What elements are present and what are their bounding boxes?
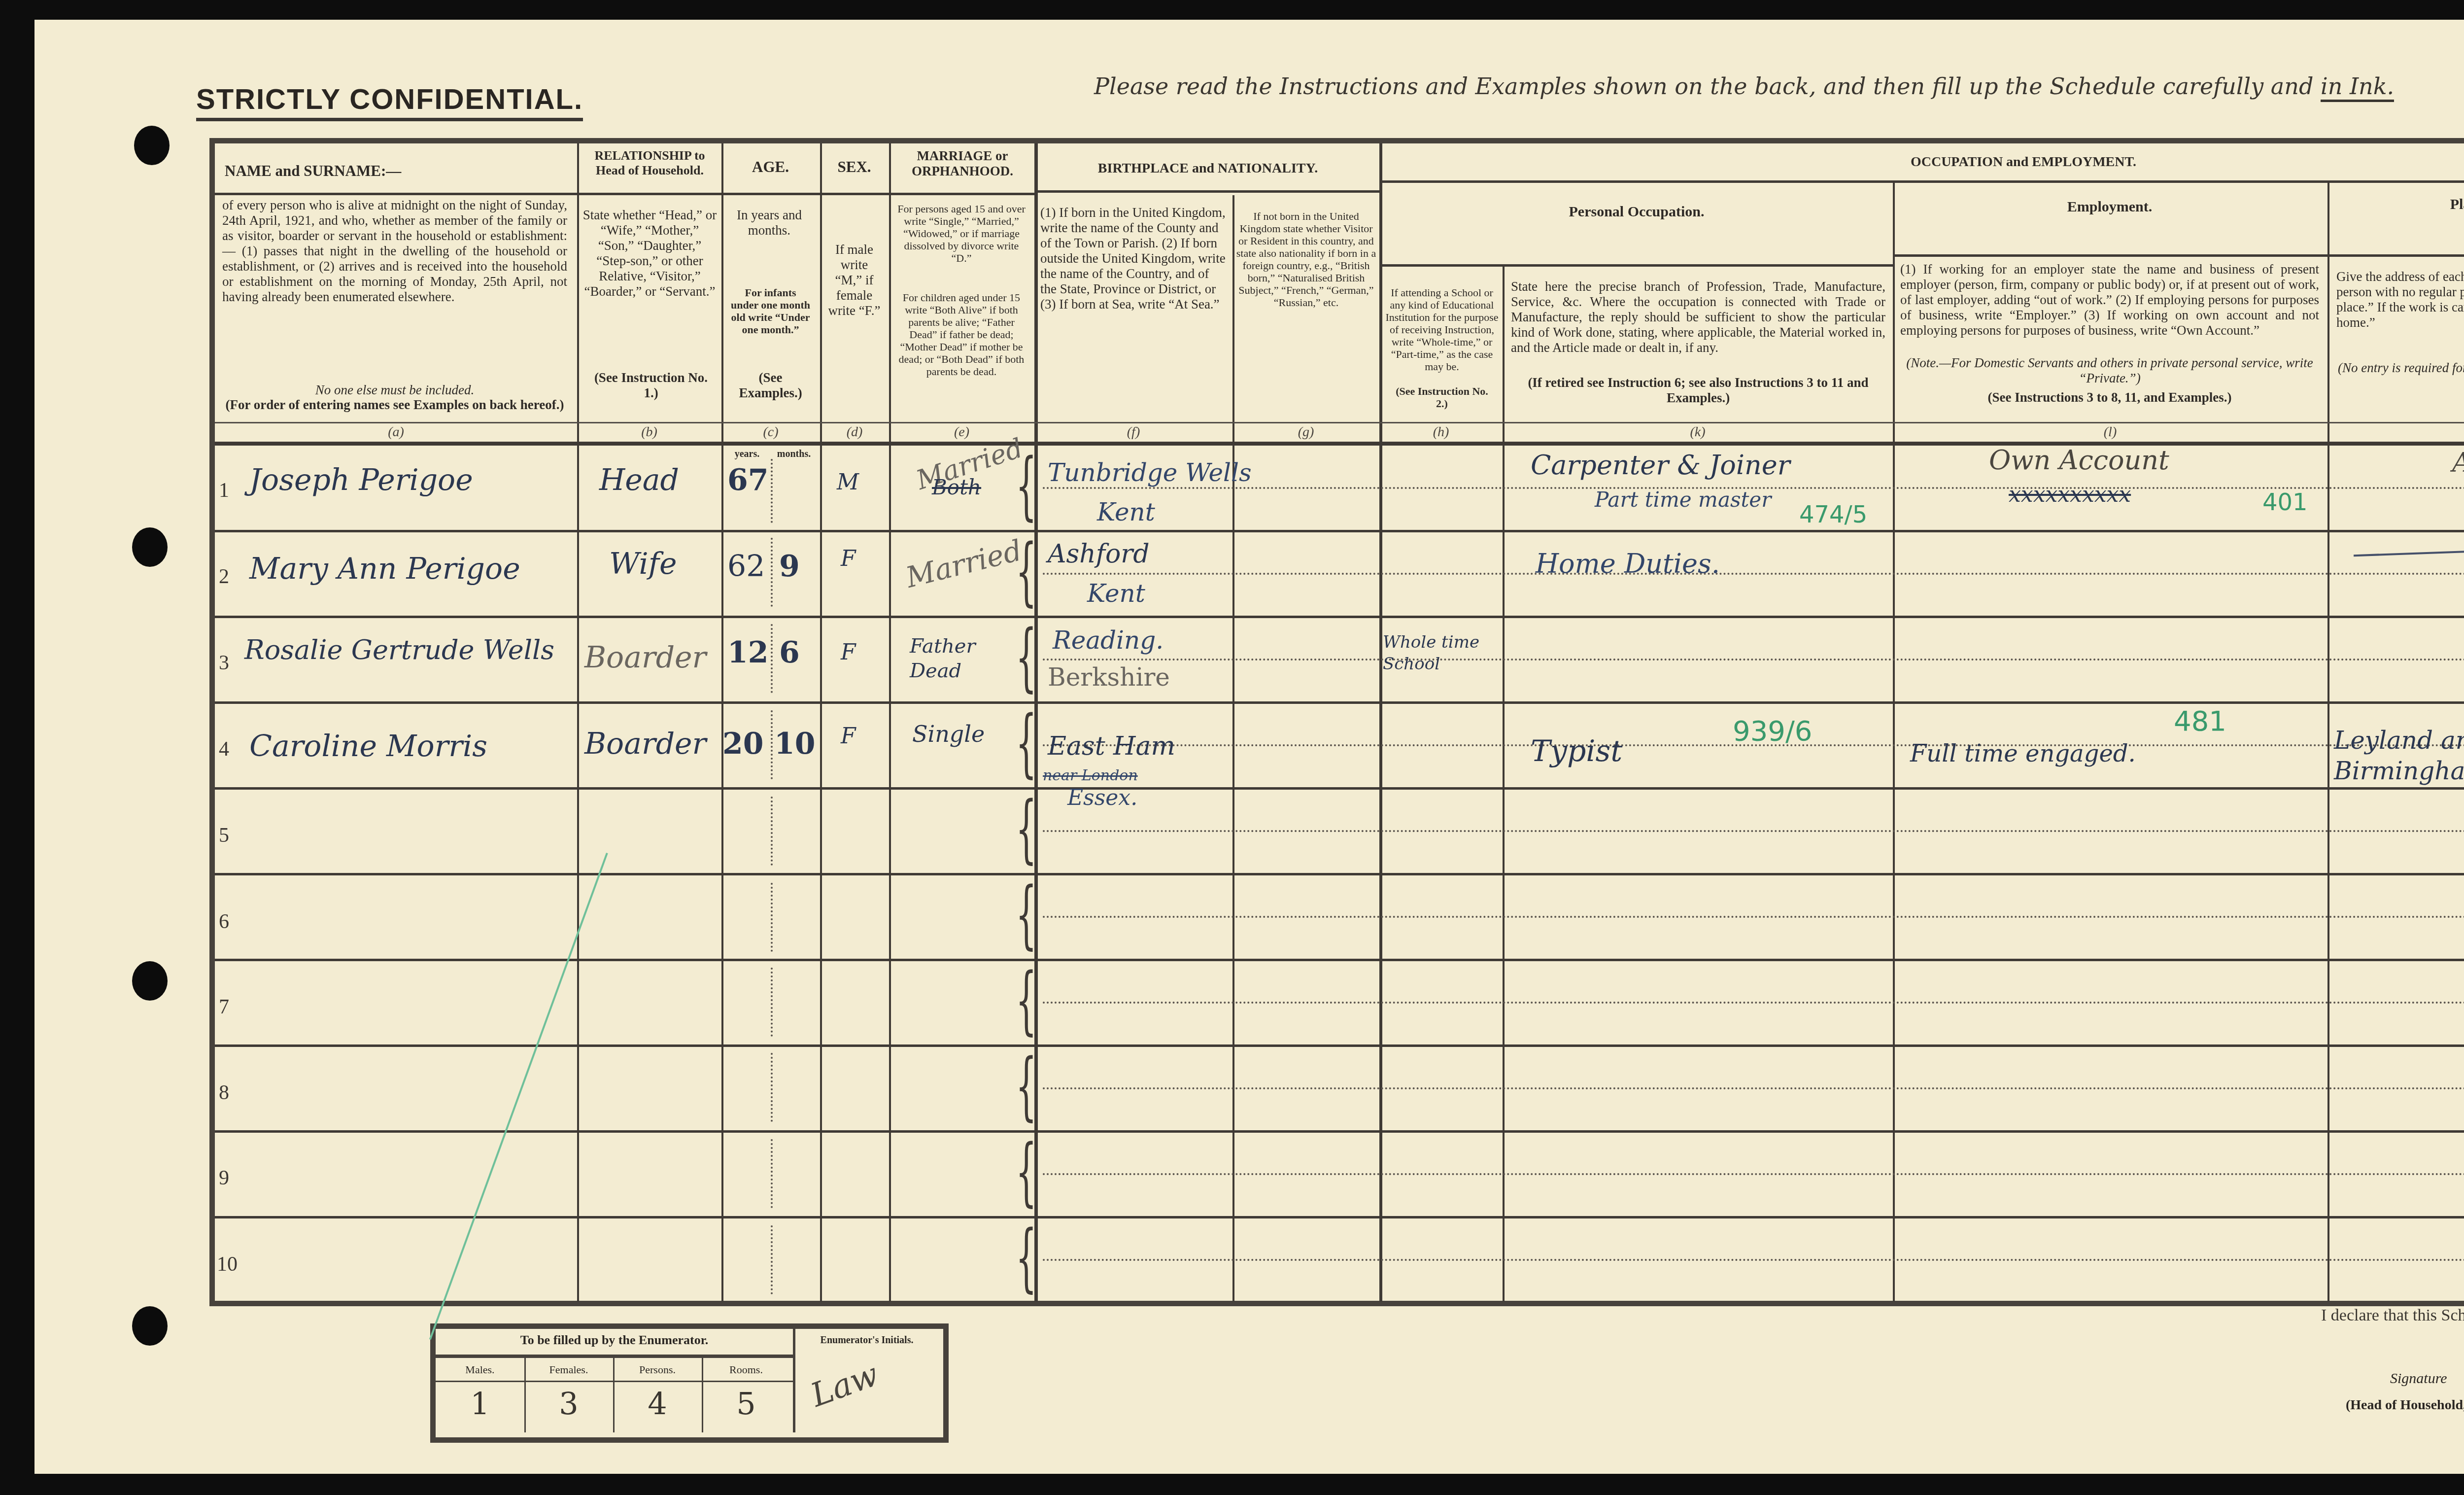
col-letter-f: (f): [1034, 424, 1232, 440]
persons-count[interactable]: 4: [613, 1386, 702, 1422]
col-place-desc: Give the address of each person’s place …: [2336, 269, 2464, 330]
instruction-line: Please read the Instructions and Example…: [1094, 73, 2394, 100]
row4-workplace[interactable]: Leyland and Birmingham Rubber Co.: [2334, 725, 2464, 786]
col-letter-m: (m): [2327, 424, 2464, 440]
col-employment-desc: (1) If working for an employer state the…: [1900, 262, 2319, 338]
row4-employment-code: 481: [2174, 705, 2226, 738]
row2-age-months[interactable]: 9: [779, 550, 800, 583]
row1-name[interactable]: Joseph Perigoe: [249, 464, 473, 496]
row-number: 3: [219, 651, 229, 675]
signature-label: Signature: [2390, 1370, 2447, 1387]
col-employment-note: (Note.—For Domestic Servants and others …: [1900, 355, 2319, 386]
col-relationship-desc: State whether “Head,” or “Wife,” “Mother…: [582, 208, 718, 299]
col-birthplace-desc-g: If not born in the United Kingdom state …: [1236, 210, 1376, 309]
col-sex-desc: If male write “M,” if female write “F.”: [826, 242, 883, 318]
col-sex-title: SEX.: [821, 158, 888, 176]
col-education-note: (See Instruction No. 2.): [1393, 385, 1491, 410]
punch-hole-4: [132, 1306, 168, 1346]
row3-education[interactable]: Whole time School: [1383, 631, 1506, 675]
row1-employment[interactable]: Own Account: [1989, 444, 2169, 477]
row1-sex[interactable]: M: [837, 466, 859, 499]
row-number: 9: [219, 1166, 229, 1190]
row4-relationship[interactable]: Boarder: [584, 728, 706, 760]
punch-hole-3: [132, 961, 168, 1001]
signature-note: (Head of Household, Manager of Establish…: [2346, 1397, 2464, 1413]
row4-employment[interactable]: Full time engaged.: [1910, 737, 2136, 770]
persons-label: Persons.: [613, 1363, 702, 1376]
col-letter-a: (a): [215, 424, 577, 440]
age-months-sublabel: months.: [769, 448, 819, 460]
col-marriage-desc2: For children aged under 15 write “Both A…: [895, 291, 1028, 378]
col-age-desc: In years and months.: [732, 208, 806, 238]
row4-name[interactable]: Caroline Morris: [249, 730, 487, 763]
row3-sex[interactable]: F: [841, 636, 856, 669]
row1-employment-struck: xxxxxxxxxx: [2009, 479, 2131, 511]
row-number: 7: [219, 995, 229, 1019]
row4-sex[interactable]: F: [841, 720, 856, 753]
age-years-sublabel: years.: [722, 448, 772, 460]
col-birthplace-title: BIRTHPLACE and NATIONALITY.: [1038, 161, 1378, 176]
col-letter-d: (d): [820, 424, 889, 440]
row-number: 10: [217, 1252, 238, 1276]
row3-marriage[interactable]: Father Dead: [910, 634, 1023, 683]
rooms-label: Rooms.: [702, 1363, 790, 1376]
col-marriage-desc: For persons aged 15 and over write “Sing…: [895, 203, 1028, 264]
row2-marriage[interactable]: Married: [903, 534, 1025, 594]
rooms-count[interactable]: 5: [702, 1386, 790, 1422]
row-number: 8: [219, 1081, 229, 1105]
row2-birthplace-1[interactable]: Ashford: [1048, 538, 1149, 570]
row1-birthplace-2[interactable]: Kent: [1097, 496, 1155, 528]
col-age-desc2: For infants under one month old write “U…: [730, 286, 811, 336]
col-letter-b: (b): [577, 424, 721, 440]
row2-workplace-dash: [2354, 551, 2464, 556]
females-label: Females.: [524, 1363, 613, 1376]
col-personal-occupation-desc: State here the precise branch of Profess…: [1511, 279, 1885, 355]
row4-marriage[interactable]: Single: [912, 718, 985, 750]
col-education-desc: If attending a School or any kind of Edu…: [1383, 286, 1501, 373]
row1-age-years[interactable]: 67: [727, 464, 769, 496]
col-relationship-note: (See Instruction No. 1.): [589, 370, 713, 401]
col-employment-note2: (See Instructions 3 to 8, 11, and Exampl…: [1900, 390, 2319, 405]
females-count[interactable]: 3: [524, 1386, 613, 1422]
col-personal-occupation-title: Personal Occupation.: [1383, 203, 1890, 221]
punch-hole-1: [134, 126, 170, 165]
row1-relationship[interactable]: Head: [599, 464, 679, 496]
enumerator-initials[interactable]: Law: [806, 1355, 884, 1414]
row1-workplace[interactable]: At Home: [2452, 447, 2464, 479]
row-number: 6: [219, 910, 229, 934]
row-number: 5: [219, 824, 229, 847]
col-occupation-title: OCCUPATION and EMPLOYMENT.: [1383, 154, 2464, 170]
col-letter-g: (g): [1232, 424, 1379, 440]
males-count[interactable]: 1: [436, 1386, 524, 1422]
col-personal-occupation-note: (If retired see Instruction 6; see also …: [1516, 375, 1881, 406]
row3-name[interactable]: Rosalie Gertrude Wells: [244, 634, 554, 666]
col-birthplace-desc-f: (1) If born in the United Kingdom, write…: [1040, 205, 1228, 312]
row2-occupation[interactable]: Home Duties.: [1536, 548, 1720, 580]
declaration-text: I declare that this Schedule is correctl…: [2321, 1306, 2464, 1325]
row4-birthplace-2[interactable]: Essex.: [1067, 782, 1137, 814]
row-number: 2: [219, 565, 229, 589]
col-place-title: Place of Work.: [2329, 195, 2464, 214]
row4-occupation-code: 939/6: [1733, 715, 1812, 748]
row2-name[interactable]: Mary Ann Perigoe: [249, 553, 520, 585]
col-letter-c: (c): [721, 424, 820, 440]
row1-occupation[interactable]: Carpenter & Joiner: [1531, 449, 1790, 482]
row2-sex[interactable]: F: [841, 543, 856, 575]
row1-occupation-code: 474/5: [1799, 498, 1867, 531]
row4-age-months[interactable]: 10: [774, 728, 816, 760]
row1-occupation-2[interactable]: Part time master: [1595, 484, 1771, 516]
col-letter-k: (k): [1503, 424, 1893, 440]
col-age-title: AGE.: [722, 158, 819, 176]
row2-age-years[interactable]: 62: [727, 550, 765, 583]
males-label: Males.: [436, 1363, 524, 1376]
col-age-note: (See Examples.): [730, 370, 811, 401]
col-name-title: NAME and SURNAME:—: [220, 162, 580, 180]
instruction-emphasis: in Ink.: [2321, 73, 2394, 102]
punch-hole-2: [132, 527, 168, 567]
row4-occupation[interactable]: Typist: [1531, 735, 1622, 767]
row-number: 4: [219, 737, 229, 761]
col-place-note: (No entry is required for any person who…: [2336, 360, 2464, 391]
row1-employment-code: 401: [2262, 486, 2308, 519]
col-marriage-title: MARRIAGE or ORPHANHOOD.: [891, 148, 1034, 179]
row3-age-years[interactable]: 12: [727, 636, 769, 669]
instruction-text: Please read the Instructions and Example…: [1094, 73, 2313, 100]
row2-relationship[interactable]: Wife: [609, 548, 677, 580]
col-employment-title: Employment.: [1895, 198, 2324, 216]
col-name-desc: of every person who is alive at midnight…: [222, 198, 567, 305]
row-number: 1: [219, 479, 229, 502]
row1-birthplace-1[interactable]: Tunbridge Wells: [1048, 456, 1252, 489]
row4-birthplace-1[interactable]: East Ham: [1048, 730, 1175, 763]
enumerator-box-title: To be filled up by the Enumerator.: [436, 1333, 793, 1348]
row3-relationship[interactable]: Boarder: [584, 641, 706, 674]
row4-age-years[interactable]: 20: [722, 728, 764, 760]
enumerator-summary-box: To be filled up by the Enumerator. Males…: [430, 1323, 949, 1443]
col-letter-l: (l): [1893, 424, 2327, 440]
confidential-heading: STRICTLY CONFIDENTIAL.: [196, 83, 583, 121]
enumerator-initials-label: Enumerator's Initials.: [795, 1335, 938, 1346]
row3-birthplace-2[interactable]: Berkshire: [1048, 661, 1170, 694]
col-letter-h: (h): [1379, 424, 1503, 440]
row2-birthplace-2[interactable]: Kent: [1087, 577, 1145, 610]
col-relationship-title: RELATIONSHIP to Head of Household.: [580, 148, 720, 178]
row3-age-months[interactable]: 6: [779, 636, 800, 669]
row3-birthplace-1[interactable]: Reading.: [1053, 624, 1164, 657]
row1-marriage-struck: Both: [932, 471, 981, 504]
household-table: NAME and SURNAME:— of every person who i…: [209, 138, 2464, 1306]
col-name-note2: (For order of entering names see Example…: [222, 397, 567, 413]
col-name-note: No one else must be included.: [222, 382, 567, 398]
